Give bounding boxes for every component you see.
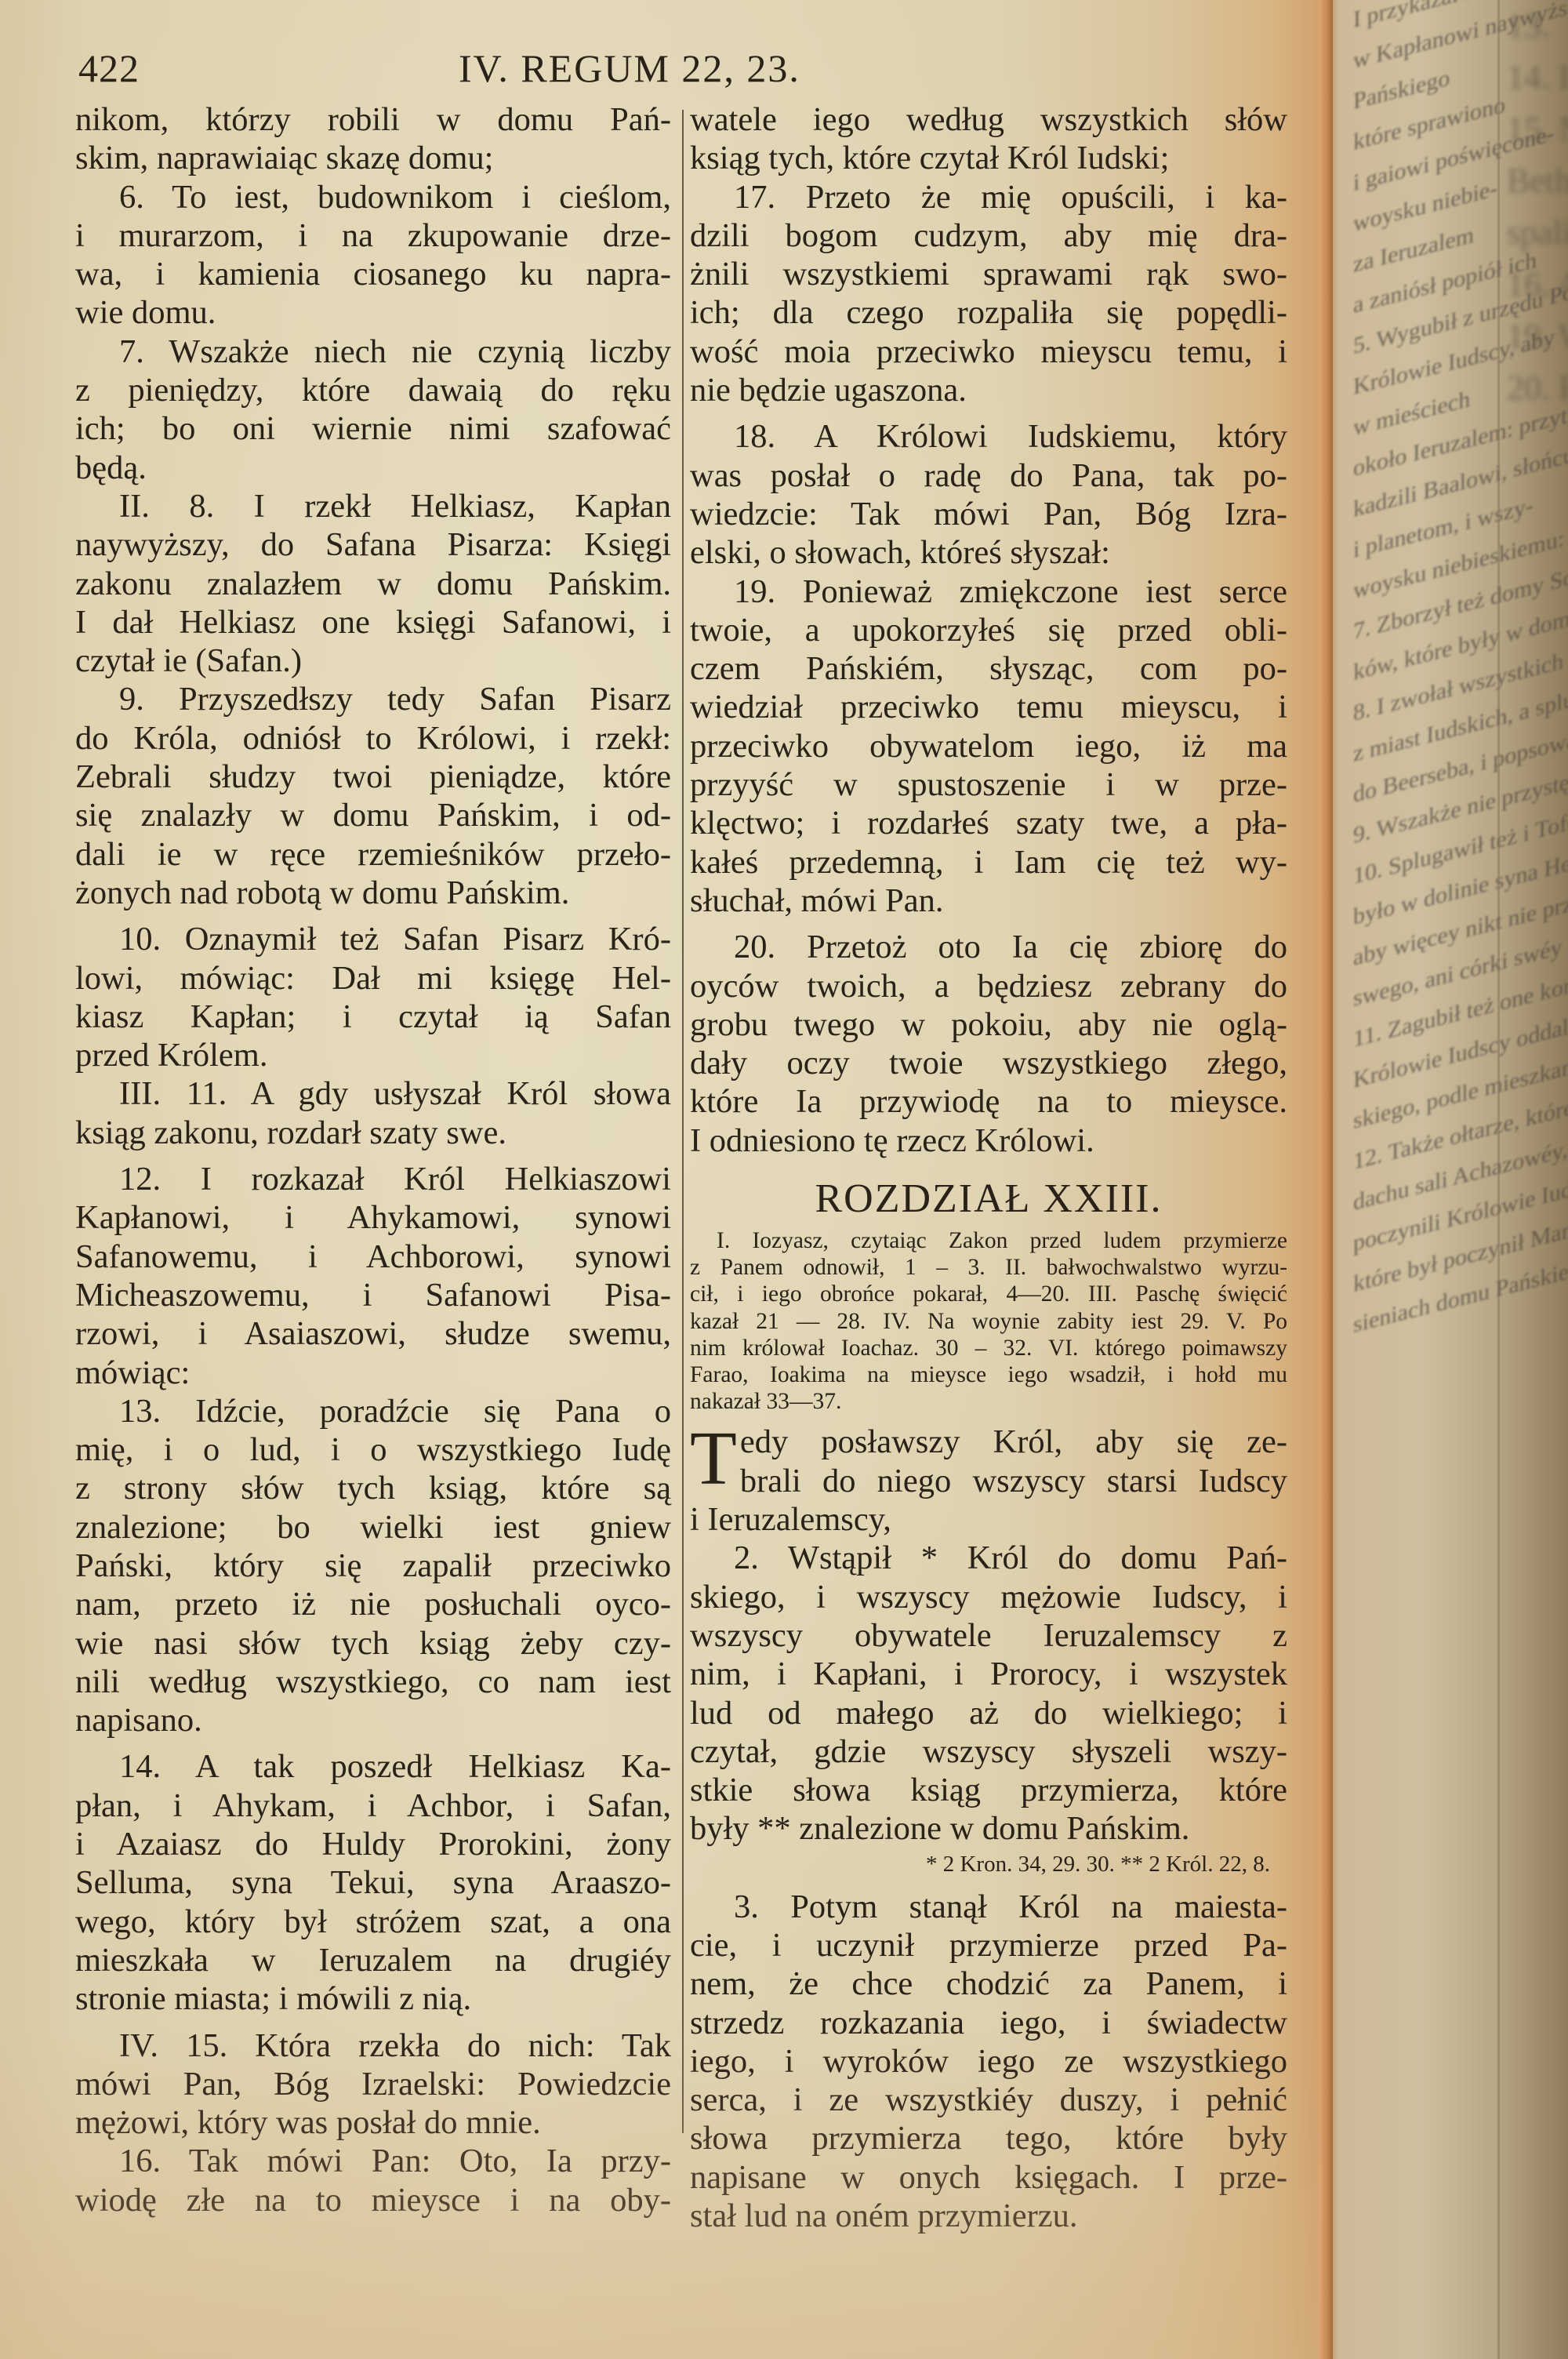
text-line: 12. I rozkazał Król Helkiaszowi xyxy=(75,1160,671,1198)
text-line: nie będzie ugaszona. xyxy=(690,371,1287,409)
text-line: stał lud na oném przymierzu. xyxy=(690,2197,1287,2235)
drop-cap: T xyxy=(690,1427,737,1496)
text-line: nem, że chce chodzić za Panem, i xyxy=(690,1965,1287,2003)
text-line: Safanowemu, i Achborowi, synowi xyxy=(75,1238,671,1276)
left-text-column: nikom, którzy robili w domu Pań-skim, na… xyxy=(75,100,671,2219)
text-line: edy posławszy Król, aby się ze- xyxy=(690,1423,1287,1461)
text-line: wiedzcie: Tak mówi Pan, Bóg Izra- xyxy=(690,495,1287,533)
text-line: ksiąg tych, które czytał Król Iudski; xyxy=(690,139,1287,177)
text-line: dali ie w ręce rzemieśników przeło- xyxy=(75,835,671,874)
facing-page-text-fragment: 20. Pozabijał xyxy=(1507,362,1568,414)
text-line: czytał, gdzie wszyscy słyszeli wszy- xyxy=(690,1732,1287,1771)
text-line: stronie miasta; i mówili z nią. xyxy=(75,1979,671,2018)
text-line: wie nasi słów tych ksiąg żeby czy- xyxy=(75,1624,671,1663)
text-line: I odniesiono tę rzecz Królowi. xyxy=(690,1121,1287,1160)
text-line: 6. To iest, budownikom i cieślom, xyxy=(75,178,671,216)
text-line: nikom, którzy robili w domu Pań- xyxy=(75,100,671,139)
text-line: brali do niego wszyscy starsi Iudscy xyxy=(690,1462,1287,1500)
text-line: Pański, który się zapalił przeciwko xyxy=(75,1547,671,1585)
text-line: żnili wszystkiemi sprawami rąk swo- xyxy=(690,255,1287,293)
text-line: I dał Helkiasz one księgi Safanowi, i xyxy=(75,603,671,642)
text-line: i Ieruzalemscy, xyxy=(690,1500,1287,1539)
text-line: nam, przeto iż nie posłuchali oyco- xyxy=(75,1585,671,1623)
text-line: i Azaiasz do Huldy Prorokini, żony xyxy=(75,1825,671,1863)
text-line: kazał 21 — 28. IV. Na woynie zabity iest… xyxy=(690,1308,1287,1335)
text-line: ksiąg zakonu, rozdarł szaty swe. xyxy=(75,1114,671,1152)
text-line: 17. Przeto że mię opuścili, i ka- xyxy=(690,178,1287,216)
facing-page-column-rule xyxy=(1497,0,1500,2359)
text-line: zakonu znalazłem w domu Pańskim. xyxy=(75,565,671,603)
text-line: elski, o słowach, któreś słyszał: xyxy=(690,533,1287,572)
text-line: nakazał 33—37. xyxy=(690,1388,1287,1415)
chapter-heading: ROZDZIAŁ XXIII. xyxy=(690,1176,1287,1223)
text-line: nim królował Ioachaz. 30 – 32. VI. które… xyxy=(690,1335,1287,1361)
text-line: skiego, i wszyscy mężowie Iudscy, i xyxy=(690,1578,1287,1616)
text-line: iego, i wyroków iego ze wszystkiego xyxy=(690,2042,1287,2081)
text-line: wiedział przeciwko temu mieyscu, i xyxy=(690,688,1287,726)
text-line: żonych nad robotą w domu Pańskim. xyxy=(75,874,671,912)
text-line: wa, i kamienia ciosanego ku napra- xyxy=(75,255,671,293)
text-line: słuchał, mówi Pan. xyxy=(690,881,1287,920)
text-line: kiasz Kapłan; i czytał ią Safan xyxy=(75,998,671,1036)
text-line: oyców twoich, a będziesz zebrany do xyxy=(690,967,1287,1005)
text-line: was posłał o radę do Pana, tak po- xyxy=(690,456,1287,495)
right-text-column: watele iego według wszystkich słówksiąg … xyxy=(690,100,1287,2235)
book-page: 422 IV. REGUM 22, 23. nikom, którzy robi… xyxy=(0,0,1325,2359)
text-line: będą. xyxy=(75,449,671,487)
column-divider-rule xyxy=(682,110,684,2133)
facing-page-text-fragment: 16. A obró- xyxy=(1507,259,1568,311)
text-line: mówiąc: xyxy=(75,1354,671,1392)
text-line: klęctwo; i rozdarłeś szaty twe, a pła- xyxy=(690,804,1287,842)
text-line: wiodę złe na to mieysce i na oby- xyxy=(75,2181,671,2219)
chapter-summary: I. Iozyasz, czytaiąc Zakon przed ludem p… xyxy=(690,1227,1287,1415)
text-line: II. 8. I rzekł Helkiasz, Kapłan xyxy=(75,487,671,525)
text-line: płan, i Ahykam, i Achbor, i Safan, xyxy=(75,1787,671,1825)
text-line: 16. Tak mówi Pan: Oto, Ia przy- xyxy=(75,2142,671,2180)
text-line: przyyść w spustoszenie i w prze- xyxy=(690,765,1287,804)
text-line: mieszkała w Ieruzalem na drugiéy xyxy=(75,1941,671,1979)
text-line: Farao, Ioakima na mieysce iego wsadził, … xyxy=(690,1361,1287,1388)
text-line: z strony słów tych ksiąg, które są xyxy=(75,1469,671,1507)
verse-3: 3. Potym stanął Król na maiesta-cie, i u… xyxy=(690,1888,1287,2236)
text-line: z Panem odnowił, 1 – 3. II. bałwochwalst… xyxy=(690,1254,1287,1281)
text-line: nili według wszystkiego, co nam iest xyxy=(75,1663,671,1701)
text-line: grobu twego w pokoiu, aby nie oglą- xyxy=(690,1005,1287,1044)
text-line: wość moia przeciwko mieyscu temu, i xyxy=(690,333,1287,371)
running-head-title: IV. REGUM 22, 23. xyxy=(459,45,800,91)
text-line: ich; bo oni wiernie nimi szafować xyxy=(75,409,671,448)
text-line: serca, i ze wszystkiéy duszy, i pełnić xyxy=(690,2081,1287,2119)
text-line: cie, i uczynił przymierze przed Pa- xyxy=(690,1926,1287,1965)
text-line: stkie słowa ksiąg przymierza, które xyxy=(690,1771,1287,1809)
text-line: wego, który był stróżem szat, a ona xyxy=(75,1903,671,1941)
text-line: naywyższy, do Safana Pisarza: Księgi xyxy=(75,525,671,564)
text-line: które Ia przywiodę na to mieysce. xyxy=(690,1082,1287,1121)
text-line: IV. 15. Która rzekła do nich: Tak xyxy=(75,2026,671,2065)
text-line: mówi Pan, Bóg Izraelski: Powiedzcie xyxy=(75,2065,671,2103)
text-line: słowa przymierza tego, które były xyxy=(690,2119,1287,2157)
text-line: 19. Ponieważ zmiękczone iest serce xyxy=(690,572,1287,611)
chapter-22-ending: watele iego według wszystkich słówksiąg … xyxy=(690,100,1287,1160)
facing-page-inner-column: I przykazał Kró-w Kapłanowi naywyższemuP… xyxy=(1353,0,1502,1346)
text-line: twoie, a upokorzyłeś się przed obli- xyxy=(690,611,1287,649)
text-line: 3. Potym stanął Król na maiesta- xyxy=(690,1888,1287,1926)
text-line: 7. Wszakże niech nie czynią liczby xyxy=(75,333,671,371)
text-line: mię, i o lud, i o wszystkiego Iudę xyxy=(75,1430,671,1469)
text-line: rzowi, i Asaiaszowi, słudze swemu, xyxy=(75,1314,671,1353)
text-line: wszyscy obywatele Ieruzalemscy z xyxy=(690,1616,1287,1655)
text-line: cił, i iego obrońce pokarał, 4—20. III. … xyxy=(690,1281,1287,1307)
page-number: 422 xyxy=(78,45,140,91)
chapter-23-opening: T edy posławszy Król, aby się ze- brali … xyxy=(690,1423,1287,1848)
text-line: nim, i Kapłani, i Prorocy, i wszystek xyxy=(690,1655,1287,1693)
page-gutter-edge xyxy=(1319,0,1333,2359)
text-line: III. 11. A gdy usłyszał Król słowa xyxy=(75,1074,671,1113)
text-line: 13. Idźcie, poradźcie się Pana o xyxy=(75,1392,671,1430)
text-line: lowi, mówiąc: Dał mi księgę Hel- xyxy=(75,959,671,998)
footnote-references: * 2 Kron. 34, 29. 30. ** 2 Król. 22, 8. xyxy=(690,1848,1287,1880)
text-line: ich; dla czego rozpaliła się popędli- xyxy=(690,293,1287,332)
text-line: wie domu. xyxy=(75,293,671,332)
text-line: Kapłanowi, i Ahykamowi, synowi xyxy=(75,1198,671,1237)
text-line: znalezione; bo wielki iest gniew xyxy=(75,1508,671,1547)
text-line: kałeś przedemną, i Iam cię też wy- xyxy=(690,843,1287,881)
text-line: Micheaszowemu, i Safanowi Pisa- xyxy=(75,1276,671,1314)
text-line: czem Pańskiém, słysząc, com po- xyxy=(690,649,1287,688)
text-line: czytał ie (Safan.) xyxy=(75,642,671,680)
text-line: 9. Przyszedłszy tedy Safan Pisarz xyxy=(75,680,671,718)
running-head: 422 IV. REGUM 22, 23. xyxy=(78,45,1270,93)
text-line: lud od małego aż do wielkiego; i xyxy=(690,1694,1287,1732)
text-line: i murarzom, i na zkupowanie drze- xyxy=(75,216,671,255)
text-line: strzedz rozkazania iego, i świadectw xyxy=(690,2004,1287,2042)
text-line: były ** znalezione w domu Pańskim. xyxy=(690,1809,1287,1848)
text-line: z pieniędzy, które dawaią do ręku xyxy=(75,371,671,409)
text-line: skim, naprawiaiąc skazę domu; xyxy=(75,139,671,177)
text-line: 18. A Królowi Iudskiemu, który xyxy=(690,417,1287,456)
text-line: 10. Oznaymił też Safan Pisarz Kró- xyxy=(75,920,671,958)
text-line: napisane w onych księgach. I prze- xyxy=(690,2158,1287,2197)
facing-page-text-fragment: Bethel, i wyży- xyxy=(1507,155,1568,207)
text-line: się znalazły w domu Pańskim, i od- xyxy=(75,796,671,834)
facing-page-curl: I przykazał Kró-w Kapłanowi naywyższemuP… xyxy=(1319,0,1568,2359)
text-line: do Króla, odniósł to Królowi, i rzekł: xyxy=(75,719,671,758)
facing-page-text-fragment: 14. I połamał xyxy=(1507,52,1568,104)
text-line: dały oczy twoie wszystkiego złego, xyxy=(690,1044,1287,1082)
text-line: Zebrali słudzy twoi pieniądze, które xyxy=(75,758,671,796)
facing-page-outer-column: 13.14. I połamał15. NadtoBethel, i wyży-… xyxy=(1507,0,1568,414)
facing-page-text-fragment: spalił gaie. xyxy=(1507,207,1568,259)
text-line: 2. Wstąpił * Król do domu Pań- xyxy=(690,1539,1287,1577)
text-line: Selluma, syna Tekui, syna Araaszo- xyxy=(75,1863,671,1902)
text-line: mężowi, który was posłał do mnie. xyxy=(75,2103,671,2142)
text-line: napisano. xyxy=(75,1701,671,1739)
text-line: 14. A tak poszedł Helkiasz Ka- xyxy=(75,1747,671,1786)
text-line: przeciwko obywatelom iego, iż ma xyxy=(690,727,1287,765)
text-line: I. Iozyasz, czytaiąc Zakon przed ludem p… xyxy=(690,1227,1287,1254)
facing-page-text-fragment: 15. Nadto xyxy=(1507,104,1568,155)
facing-page-text-fragment: 13. xyxy=(1507,0,1568,52)
text-line: watele iego według wszystkich słów xyxy=(690,100,1287,139)
text-line: dzili bogom cudzym, aby mię dra- xyxy=(690,216,1287,255)
facing-page-text-fragment: 19. Wszystkie xyxy=(1507,311,1568,362)
text-line: 20. Przetoż oto Ia cię zbiorę do xyxy=(690,928,1287,966)
text-line: przed Królem. xyxy=(75,1036,671,1074)
